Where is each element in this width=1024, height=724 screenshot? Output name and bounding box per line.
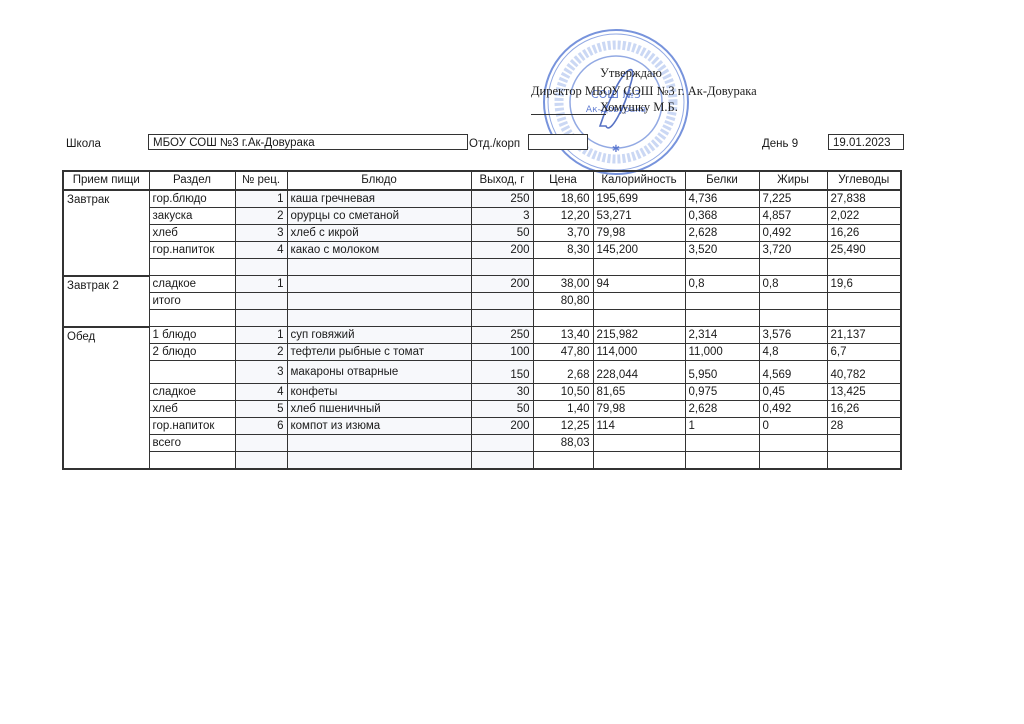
price-cell xyxy=(533,452,593,470)
fat-cell: 0 xyxy=(759,418,827,435)
section-cell: хлеб xyxy=(149,225,235,242)
fat-cell xyxy=(759,435,827,452)
price-cell: 18,60 xyxy=(533,190,593,208)
recipe-cell: 3 xyxy=(235,225,287,242)
price-cell: 1,40 xyxy=(533,401,593,418)
table-row: 2 блюдо2тефтели рыбные с томат10047,8011… xyxy=(63,344,901,361)
carbs-cell: 2,022 xyxy=(827,208,901,225)
yield-cell: 200 xyxy=(471,242,533,259)
dish-cell: каша гречневая xyxy=(287,190,471,208)
protein-cell xyxy=(685,452,759,470)
department-label: Отд./корп xyxy=(469,138,520,150)
recipe-cell: 2 xyxy=(235,208,287,225)
fat-cell xyxy=(759,259,827,276)
col-header-dish: Блюдо xyxy=(287,171,471,190)
protein-cell: 1 xyxy=(685,418,759,435)
dish-cell: суп говяжий xyxy=(287,327,471,344)
school-field[interactable]: МБОУ СОШ №3 г.Ак-Довурака xyxy=(148,134,468,150)
yield-cell: 250 xyxy=(471,190,533,208)
carbs-cell: 19,6 xyxy=(827,276,901,293)
section-cell: хлеб xyxy=(149,401,235,418)
kcal-cell xyxy=(593,310,685,327)
dish-cell: хлеб пшеничный xyxy=(287,401,471,418)
carbs-cell xyxy=(827,310,901,327)
meal-name-cell: Завтрак xyxy=(63,190,149,276)
yield-cell: 200 xyxy=(471,276,533,293)
svg-text:✱: ✱ xyxy=(612,144,620,155)
price-cell: 2,68 xyxy=(533,361,593,384)
recipe-cell xyxy=(235,435,287,452)
col-header-protein: Белки xyxy=(685,171,759,190)
yield-cell xyxy=(471,310,533,327)
recipe-cell: 1 xyxy=(235,190,287,208)
carbs-cell xyxy=(827,293,901,310)
recipe-cell: 2 xyxy=(235,344,287,361)
protein-cell xyxy=(685,259,759,276)
table-row xyxy=(63,310,901,327)
date-field[interactable]: 19.01.2023 xyxy=(828,134,904,150)
day-label: День 9 xyxy=(762,138,798,150)
fat-cell: 4,8 xyxy=(759,344,827,361)
price-cell: 12,25 xyxy=(533,418,593,435)
dish-cell xyxy=(287,259,471,276)
school-label: Школа xyxy=(66,138,101,150)
fat-cell: 7,225 xyxy=(759,190,827,208)
section-cell: гор.блюдо xyxy=(149,190,235,208)
section-cell xyxy=(149,310,235,327)
kcal-cell: 228,044 xyxy=(593,361,685,384)
fat-cell xyxy=(759,310,827,327)
fat-cell xyxy=(759,293,827,310)
col-header-meal: Прием пищи xyxy=(63,171,149,190)
fat-cell xyxy=(759,452,827,470)
recipe-cell: 6 xyxy=(235,418,287,435)
carbs-cell: 27,838 xyxy=(827,190,901,208)
recipe-cell: 4 xyxy=(235,242,287,259)
approval-position: Директор МБОУ СОШ №3 г. Ак-Довурака xyxy=(531,84,757,99)
table-row: сладкое4конфеты3010,5081,650,9750,4513,4… xyxy=(63,384,901,401)
kcal-cell: 114 xyxy=(593,418,685,435)
department-field[interactable] xyxy=(528,134,588,150)
approval-title: Утверждаю xyxy=(600,66,662,81)
approval-block: СОШ №3 Ак-Довурака ✱ Утверждаю Директор … xyxy=(0,0,1024,130)
section-cell: закуска xyxy=(149,208,235,225)
kcal-cell: 215,982 xyxy=(593,327,685,344)
dish-cell xyxy=(287,293,471,310)
col-header-section: Раздел xyxy=(149,171,235,190)
carbs-cell: 6,7 xyxy=(827,344,901,361)
col-header-fat: Жиры xyxy=(759,171,827,190)
dish-cell xyxy=(287,452,471,470)
yield-cell xyxy=(471,293,533,310)
kcal-cell: 94 xyxy=(593,276,685,293)
fat-cell: 0,492 xyxy=(759,401,827,418)
col-header-yield: Выход, г xyxy=(471,171,533,190)
fat-cell: 4,569 xyxy=(759,361,827,384)
section-cell: сладкое xyxy=(149,384,235,401)
kcal-cell: 145,200 xyxy=(593,242,685,259)
section-cell: 1 блюдо xyxy=(149,327,235,344)
yield-cell: 50 xyxy=(471,401,533,418)
kcal-cell: 79,98 xyxy=(593,401,685,418)
kcal-cell: 53,271 xyxy=(593,208,685,225)
fat-cell: 4,857 xyxy=(759,208,827,225)
kcal-cell: 81,65 xyxy=(593,384,685,401)
price-cell: 38,00 xyxy=(533,276,593,293)
table-row: 3макароны отварные1502,68228,0445,9504,5… xyxy=(63,361,901,384)
menu-table: Прием пищи Раздел № рец. Блюдо Выход, г … xyxy=(62,170,902,470)
kcal-cell: 195,699 xyxy=(593,190,685,208)
fat-cell: 0,8 xyxy=(759,276,827,293)
carbs-cell xyxy=(827,259,901,276)
fat-cell: 0,45 xyxy=(759,384,827,401)
recipe-cell xyxy=(235,293,287,310)
section-cell: сладкое xyxy=(149,276,235,293)
protein-cell xyxy=(685,435,759,452)
protein-cell: 0,368 xyxy=(685,208,759,225)
price-cell: 3,70 xyxy=(533,225,593,242)
yield-cell xyxy=(471,259,533,276)
col-header-price: Цена xyxy=(533,171,593,190)
carbs-cell: 28 xyxy=(827,418,901,435)
kcal-cell: 79,98 xyxy=(593,225,685,242)
col-header-carbs: Углеводы xyxy=(827,171,901,190)
recipe-cell xyxy=(235,310,287,327)
dish-cell xyxy=(287,276,471,293)
dish-cell: конфеты xyxy=(287,384,471,401)
dish-cell: какао с молоком xyxy=(287,242,471,259)
dish-cell xyxy=(287,310,471,327)
table-row xyxy=(63,452,901,470)
dish-cell: орурцы со сметаной xyxy=(287,208,471,225)
dish-cell: макароны отварные xyxy=(287,361,471,384)
price-cell xyxy=(533,310,593,327)
protein-cell: 4,736 xyxy=(685,190,759,208)
dish-cell xyxy=(287,435,471,452)
price-cell: 80,80 xyxy=(533,293,593,310)
protein-cell: 0,8 xyxy=(685,276,759,293)
meal-name-cell: Обед xyxy=(63,327,149,470)
table-row xyxy=(63,259,901,276)
price-cell: 88,03 xyxy=(533,435,593,452)
price-cell: 13,40 xyxy=(533,327,593,344)
carbs-cell: 16,26 xyxy=(827,401,901,418)
table-row: хлеб3хлеб с икрой503,7079,982,6280,49216… xyxy=(63,225,901,242)
yield-cell: 50 xyxy=(471,225,533,242)
table-row: Завтрак 2сладкое120038,00940,80,819,6 xyxy=(63,276,901,293)
recipe-cell xyxy=(235,452,287,470)
protein-cell xyxy=(685,310,759,327)
protein-cell: 3,520 xyxy=(685,242,759,259)
recipe-cell: 4 xyxy=(235,384,287,401)
dish-cell: компот из изюма xyxy=(287,418,471,435)
table-row: всего88,03 xyxy=(63,435,901,452)
recipe-cell: 1 xyxy=(235,276,287,293)
col-header-recipe: № рец. xyxy=(235,171,287,190)
carbs-cell xyxy=(827,452,901,470)
recipe-cell: 5 xyxy=(235,401,287,418)
table-row: итого80,80 xyxy=(63,293,901,310)
recipe-cell xyxy=(235,259,287,276)
kcal-cell xyxy=(593,435,685,452)
yield-cell: 3 xyxy=(471,208,533,225)
dish-cell: тефтели рыбные с томат xyxy=(287,344,471,361)
carbs-cell: 16,26 xyxy=(827,225,901,242)
table-row: хлеб5хлеб пшеничный501,4079,982,6280,492… xyxy=(63,401,901,418)
table-header-row: Прием пищи Раздел № рец. Блюдо Выход, г … xyxy=(63,171,901,190)
section-cell: 2 блюдо xyxy=(149,344,235,361)
section-cell xyxy=(149,452,235,470)
approval-name: Хомушку М.Б. xyxy=(600,100,678,115)
protein-cell xyxy=(685,293,759,310)
table-row: закуска2орурцы со сметаной312,2053,2710,… xyxy=(63,208,901,225)
section-cell xyxy=(149,361,235,384)
table-row: гор.напиток6компот из изюма20012,2511410… xyxy=(63,418,901,435)
meal-name-cell: Завтрак 2 xyxy=(63,276,149,327)
yield-cell xyxy=(471,452,533,470)
protein-cell: 11,000 xyxy=(685,344,759,361)
yield-cell: 200 xyxy=(471,418,533,435)
section-cell: гор.напиток xyxy=(149,418,235,435)
yield-cell: 30 xyxy=(471,384,533,401)
kcal-cell xyxy=(593,293,685,310)
recipe-cell: 3 xyxy=(235,361,287,384)
price-cell: 10,50 xyxy=(533,384,593,401)
carbs-cell: 21,137 xyxy=(827,327,901,344)
yield-cell xyxy=(471,435,533,452)
fat-cell: 0,492 xyxy=(759,225,827,242)
section-cell: итого xyxy=(149,293,235,310)
carbs-cell xyxy=(827,435,901,452)
yield-cell: 100 xyxy=(471,344,533,361)
price-cell: 8,30 xyxy=(533,242,593,259)
price-cell: 47,80 xyxy=(533,344,593,361)
protein-cell: 2,628 xyxy=(685,401,759,418)
protein-cell: 2,314 xyxy=(685,327,759,344)
price-cell: 12,20 xyxy=(533,208,593,225)
fat-cell: 3,576 xyxy=(759,327,827,344)
kcal-cell xyxy=(593,259,685,276)
col-header-kcal: Калорийность xyxy=(593,171,685,190)
kcal-cell: 114,000 xyxy=(593,344,685,361)
protein-cell: 2,628 xyxy=(685,225,759,242)
protein-cell: 0,975 xyxy=(685,384,759,401)
carbs-cell: 40,782 xyxy=(827,361,901,384)
dish-cell: хлеб с икрой xyxy=(287,225,471,242)
section-cell xyxy=(149,259,235,276)
yield-cell: 150 xyxy=(471,361,533,384)
carbs-cell: 25,490 xyxy=(827,242,901,259)
signature-line xyxy=(531,114,606,115)
table-row: Обед1 блюдо1суп говяжий25013,40215,9822,… xyxy=(63,327,901,344)
carbs-cell: 13,425 xyxy=(827,384,901,401)
fat-cell: 3,720 xyxy=(759,242,827,259)
kcal-cell xyxy=(593,452,685,470)
recipe-cell: 1 xyxy=(235,327,287,344)
menu-body: Завтракгор.блюдо1каша гречневая25018,601… xyxy=(63,190,901,469)
table-row: Завтракгор.блюдо1каша гречневая25018,601… xyxy=(63,190,901,208)
table-row: гор.напиток4какао с молоком2008,30145,20… xyxy=(63,242,901,259)
price-cell xyxy=(533,259,593,276)
section-cell: гор.напиток xyxy=(149,242,235,259)
section-cell: всего xyxy=(149,435,235,452)
yield-cell: 250 xyxy=(471,327,533,344)
protein-cell: 5,950 xyxy=(685,361,759,384)
